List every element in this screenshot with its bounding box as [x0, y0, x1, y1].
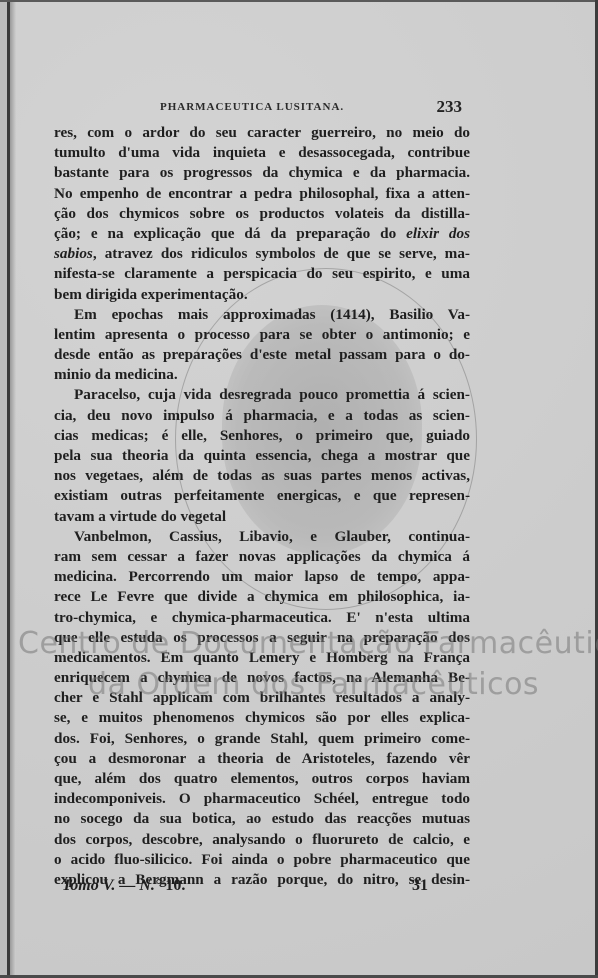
italic-term: sabios	[54, 245, 93, 262]
text-line: bem dirigida experimentação.	[54, 285, 470, 305]
text-line: nifesta-se claramente a perspicacia do s…	[54, 264, 470, 284]
text-line: tavam a virtude do vegetal	[54, 507, 470, 527]
italic-term: elixir dos	[406, 225, 470, 242]
issue-number: 10.	[161, 877, 185, 894]
text-line: existiam outras perfeitamente energicas,…	[54, 486, 470, 506]
text-line: pela sua theoria da quinta essencia, che…	[54, 446, 470, 466]
text-line: ção; e na explicação que dá da preparaçã…	[54, 224, 470, 244]
text-segment: , atravez dos ridiculos symbolos de que …	[93, 245, 470, 262]
gutter-shadow	[10, 0, 16, 978]
text-line: dos corpos, descobre, analysando o fluor…	[54, 830, 470, 850]
text-line: minio da medicina.	[54, 365, 470, 385]
page-header: PHARMACEUTICA LUSITANA. 233	[160, 97, 470, 119]
watermark-line-2: da Ordem dos Farmacêuticos	[88, 667, 568, 702]
page-footer: Tomo V. — N.° 10. 31	[62, 877, 442, 901]
text-line: bastante para os progressos da chymica e…	[54, 163, 470, 183]
text-line: rece Le Fevre que divide a chymica em ph…	[54, 587, 470, 607]
text-line: lentim apresenta o processo para se obte…	[54, 325, 470, 345]
text-line: no socego da sua botica, ao estudo das r…	[54, 809, 470, 829]
text-segment: ção; e na explicação que dá da preparaçã…	[54, 225, 406, 242]
running-head: PHARMACEUTICA LUSITANA.	[160, 101, 344, 113]
text-line: Paracelso, cuja vida desregrada pouco pr…	[54, 385, 470, 405]
text-line: res, com o ardor do seu caracter guerrei…	[54, 123, 470, 143]
text-line: dos. Foi, Senhores, o grande Stahl, quem…	[54, 729, 470, 749]
text-line: tro-chymica, e chymica-pharmaceutica. E'…	[54, 608, 470, 628]
page-number: 233	[437, 97, 463, 117]
text-line: ção dos chymicos sobre os productos vola…	[54, 204, 470, 224]
volume-number: Tomo V. — N.° 10.	[62, 877, 185, 895]
volume-label: Tomo V. — N.°	[62, 877, 161, 894]
page-gutter	[0, 0, 7, 978]
scanned-page: PHARMACEUTICA LUSITANA. 233 res, com o a…	[0, 0, 598, 978]
top-edge	[0, 0, 598, 2]
text-line: cia, deu novo impulso á pharmacia, e a t…	[54, 406, 470, 426]
text-line: indecomponiveis. O pharmaceutico Schéel,…	[54, 789, 470, 809]
text-line: se, e muitos phenomenos chymicos são por…	[54, 708, 470, 728]
text-line: o acido fluo-silicico. Foi ainda o pobre…	[54, 850, 470, 870]
text-line: Em epochas mais approximadas (1414), Bas…	[54, 305, 470, 325]
text-line: sabios, atravez dos ridiculos symbolos d…	[54, 244, 470, 264]
text-line: No empenho de encontrar a pedra philosop…	[54, 184, 470, 204]
text-line: medicina. Percorrendo um maior lapso de …	[54, 567, 470, 587]
text-line: que, além dos quatro elementos, outros c…	[54, 769, 470, 789]
text-line: çou a desmoronar a theoria de Aristotele…	[54, 749, 470, 769]
text-line: nos vegetaes, além de todas as suas part…	[54, 466, 470, 486]
text-line: cias medicas; é elle, Senhores, o primei…	[54, 426, 470, 446]
text-line: desde então as preparações d'este metal …	[54, 345, 470, 365]
text-line: ram sem cessar a fazer novas applicações…	[54, 547, 470, 567]
text-line: tumulto d'uma vida inquieta e desassoceg…	[54, 143, 470, 163]
watermark-line-1: Centro de Documentação Farmacêutica	[18, 626, 598, 661]
body-text: res, com o ardor do seu caracter guerrei…	[54, 123, 470, 890]
signature-mark: 31	[412, 877, 428, 895]
text-line: Vanbelmon, Cassius, Libavio, e Glauber, …	[54, 527, 470, 547]
